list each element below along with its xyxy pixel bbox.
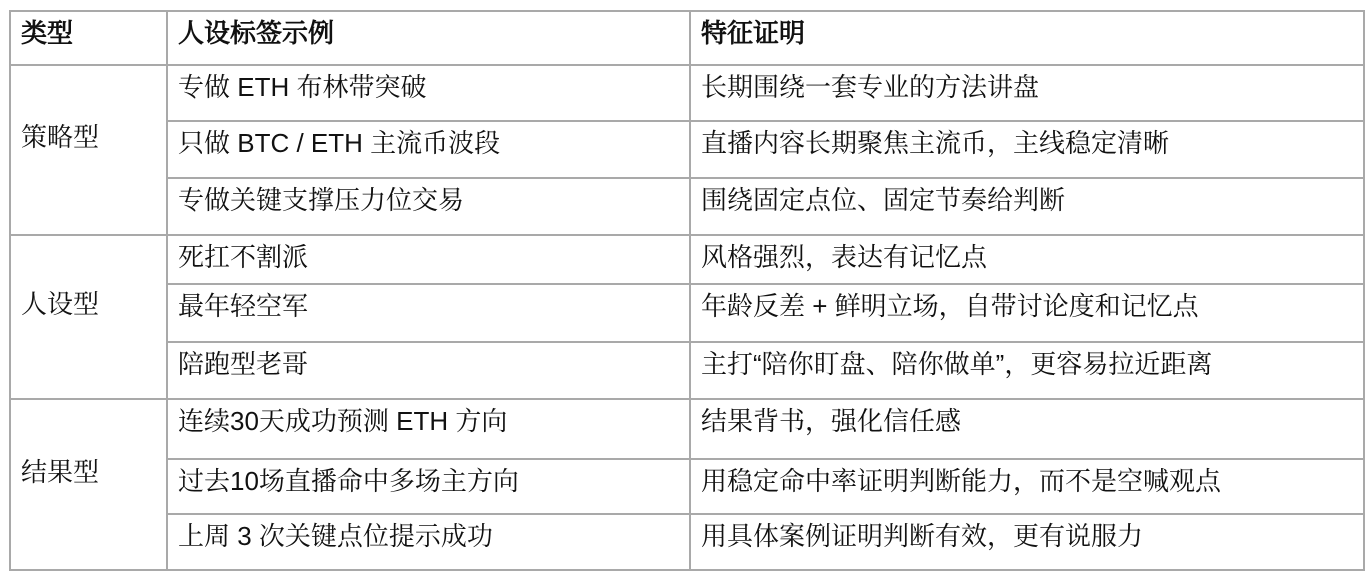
label-cell: 上周 3 次关键点位提示成功	[167, 514, 690, 570]
table-row: 专做关键支撑压力位交易 围绕固定点位、固定节奏给判断	[10, 178, 1364, 235]
proof-cell: 长期围绕一套专业的方法讲盘	[690, 65, 1364, 121]
label-cell: 只做 BTC / ETH 主流币波段	[167, 121, 690, 178]
proof-cell: 年龄反差 + 鲜明立场，自带讨论度和记忆点	[690, 284, 1364, 342]
group-type-cell: 策略型	[10, 65, 167, 235]
proof-cell: 主打“陪你盯盘、陪你做单”，更容易拉近距离	[690, 342, 1364, 399]
proof-cell: 围绕固定点位、固定节奏给判断	[690, 178, 1364, 235]
group-type-cell: 结果型	[10, 399, 167, 570]
header-type: 类型	[10, 11, 167, 65]
header-feature-proof: 特征证明	[690, 11, 1364, 65]
table-row: 过去10场直播命中多场主方向 用稳定命中率证明判断能力，而不是空喊观点	[10, 459, 1364, 514]
proof-cell: 直播内容长期聚焦主流币，主线稳定清晰	[690, 121, 1364, 178]
proof-cell: 用稳定命中率证明判断能力，而不是空喊观点	[690, 459, 1364, 514]
table-row: 最年轻空军 年龄反差 + 鲜明立场，自带讨论度和记忆点	[10, 284, 1364, 342]
proof-cell: 结果背书，强化信任感	[690, 399, 1364, 459]
table-row: 陪跑型老哥 主打“陪你盯盘、陪你做单”，更容易拉近距离	[10, 342, 1364, 399]
table-row: 人设型 死扛不割派 风格强烈，表达有记忆点	[10, 235, 1364, 284]
label-cell: 专做 ETH 布林带突破	[167, 65, 690, 121]
label-cell: 陪跑型老哥	[167, 342, 690, 399]
table-row: 策略型 专做 ETH 布林带突破 长期围绕一套专业的方法讲盘	[10, 65, 1364, 121]
table-row: 结果型 连续30天成功预测 ETH 方向 结果背书，强化信任感	[10, 399, 1364, 459]
proof-cell: 用具体案例证明判断有效，更有说服力	[690, 514, 1364, 570]
table-row: 只做 BTC / ETH 主流币波段 直播内容长期聚焦主流币，主线稳定清晰	[10, 121, 1364, 178]
label-cell: 最年轻空军	[167, 284, 690, 342]
proof-cell: 风格强烈，表达有记忆点	[690, 235, 1364, 284]
label-cell: 专做关键支撑压力位交易	[167, 178, 690, 235]
group-type-cell: 人设型	[10, 235, 167, 399]
table-header-row: 类型 人设标签示例 特征证明	[10, 11, 1364, 65]
label-cell: 过去10场直播命中多场主方向	[167, 459, 690, 514]
table-row: 上周 3 次关键点位提示成功 用具体案例证明判断有效，更有说服力	[10, 514, 1364, 570]
label-cell: 连续30天成功预测 ETH 方向	[167, 399, 690, 459]
header-label-example: 人设标签示例	[167, 11, 690, 65]
label-cell: 死扛不割派	[167, 235, 690, 284]
persona-tag-table: 类型 人设标签示例 特征证明 策略型 专做 ETH 布林带突破 长期围绕一套专业…	[9, 10, 1365, 571]
